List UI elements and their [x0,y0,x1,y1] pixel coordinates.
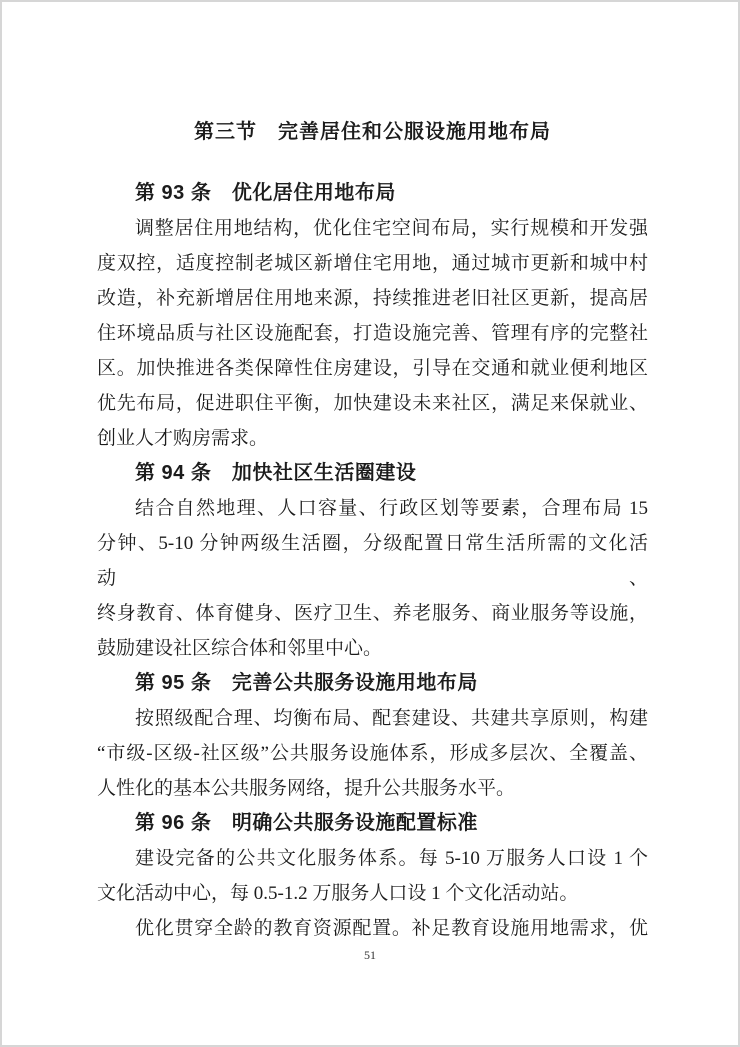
article-heading: 第 93 条 优化居住用地布局 [97,176,648,211]
document-page: 第三节 完善居住和公服设施用地布局 第 93 条 优化居住用地布局调整居住用地结… [0,0,740,1047]
body-line: 鼓励建设社区综合体和邻里中心。 [97,631,648,666]
body-line: 度双控，适度控制老城区新增住宅用地，通过城市更新和城中村 [97,246,648,281]
body-line: 优先布局，促进职住平衡，加快建设未来社区，满足来保就业、 [97,386,648,421]
body-line: 建设完备的公共文化服务体系。每 5-10 万服务人口设 1 个 [97,841,648,876]
body-line: 人性化的基本公共服务网络，提升公共服务水平。 [97,771,648,806]
body-line: 住环境品质与社区设施配套，打造设施完善、管理有序的完整社 [97,316,648,351]
body-line: 优化贯穿全龄的教育资源配置。补足教育设施用地需求，优 [97,911,648,946]
body-line: 结合自然地理、人口容量、行政区划等要素，合理布局 15 [97,491,648,526]
body-line: 终身教育、体育健身、医疗卫生、养老服务、商业服务等设施， [97,596,648,631]
article-heading: 第 95 条 完善公共服务设施用地布局 [97,666,648,701]
article-heading: 第 96 条 明确公共服务设施配置标准 [97,806,648,841]
body-line: 创业人才购房需求。 [97,421,648,456]
document-body: 第 93 条 优化居住用地布局调整居住用地结构，优化住宅空间布局，实行规模和开发… [97,176,648,946]
article-heading: 第 94 条 加快社区生活圈建设 [97,456,648,491]
body-line: 区。加快推进各类保障性住房建设，引导在交通和就业便利地区 [97,351,648,386]
body-line: 调整居住用地结构，优化住宅空间布局，实行规模和开发强 [97,211,648,246]
body-line: 按照级配合理、均衡布局、配套建设、共建共享原则，构建 [97,701,648,736]
body-line: 改造，补充新增居住用地来源，持续推进老旧社区更新，提高居 [97,281,648,316]
body-line: 分钟、5-10 分钟两级生活圈，分级配置日常生活所需的文化活动、 [97,526,648,596]
page-number: 51 [2,948,738,963]
body-line: 文化活动中心，每 0.5-1.2 万服务人口设 1 个文化活动站。 [97,876,648,911]
section-title: 第三节 完善居住和公服设施用地布局 [97,114,648,150]
body-line: “市级-区级-社区级”公共服务设施体系，形成多层次、全覆盖、 [97,736,648,771]
